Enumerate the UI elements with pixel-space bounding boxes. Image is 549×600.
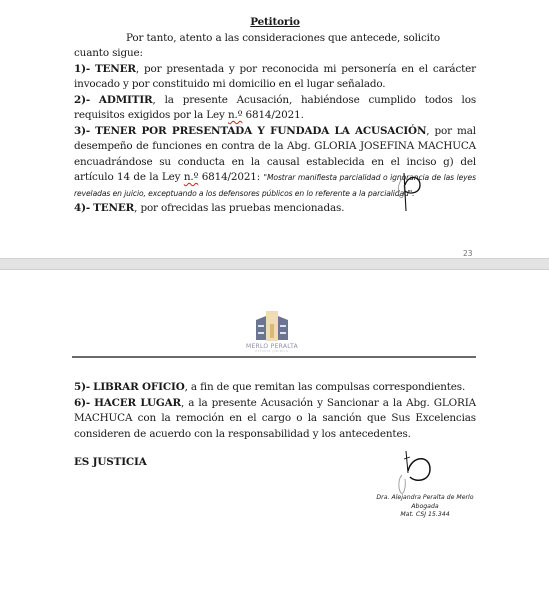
item-text: , por ofrecidas las pruebas mencionadas. xyxy=(134,202,344,214)
signer-registration: Mat. CSJ 15.344 xyxy=(355,511,495,520)
petition-item-6: 6)- HACER LUGAR, a la presente Acusación… xyxy=(74,396,476,443)
signer-name: Dra. Alejandra Peralta de Merlo xyxy=(355,494,495,503)
item-verb: TENER xyxy=(93,202,134,214)
item-text: , a fin de que remitan las compulsas cor… xyxy=(185,381,466,393)
petition-item-1: 1)- TENER, por presentada y por reconoci… xyxy=(74,62,476,93)
item-number: 2)- xyxy=(74,94,90,106)
item-text-end: 6814/2021. xyxy=(242,109,303,121)
firm-logo: MERLO PERALTA ESTUDIO JURÍDICO xyxy=(232,310,312,356)
firm-name: MERLO PERALTA xyxy=(232,343,312,350)
item-number: 1)- xyxy=(74,63,90,75)
page-number: 23 xyxy=(463,249,473,258)
item-verb: ADMITIR xyxy=(99,94,153,106)
initials-signature-icon xyxy=(390,165,426,215)
section-title: Petitorio xyxy=(74,15,476,31)
item-number: 3)- xyxy=(74,125,90,137)
item-verb: TENER xyxy=(95,63,136,75)
document-page-24: MERLO PERALTA ESTUDIO JURÍDICO 5)- LIBRA… xyxy=(0,270,549,600)
document-page-23: Petitorio Por tanto, atento a las consid… xyxy=(0,0,549,258)
item-number: 4)- xyxy=(74,202,90,214)
petition-item-2: 2)- ADMITIR, la presente Acusación, habi… xyxy=(74,93,476,124)
firm-subtitle: ESTUDIO JURÍDICO xyxy=(232,350,312,353)
item-number: 6)- xyxy=(74,397,90,409)
page-separator xyxy=(0,258,549,270)
item-number: 5)- xyxy=(74,381,90,393)
spellcheck-flagged-word[interactable]: n.º xyxy=(184,171,198,183)
intro-paragraph: Por tanto, atento a las consideraciones … xyxy=(74,31,476,62)
spellcheck-flagged-word[interactable]: n.º xyxy=(228,109,242,121)
item-verb: LIBRAR OFICIO xyxy=(93,381,184,393)
building-logo-icon xyxy=(232,310,312,343)
signature-block: Dra. Alejandra Peralta de Merlo Abogada … xyxy=(355,494,495,520)
item-verb: TENER POR PRESENTADA Y FUNDADA LA ACUSAC… xyxy=(95,125,426,137)
header-rule xyxy=(72,356,476,358)
item-verb: HACER LUGAR xyxy=(94,397,181,409)
signer-role: Abogada xyxy=(355,503,495,512)
petition-item-5: 5)- LIBRAR OFICIO, a fin de que remitan … xyxy=(74,380,476,396)
item-text-mid: 6814/2021: xyxy=(198,171,263,183)
